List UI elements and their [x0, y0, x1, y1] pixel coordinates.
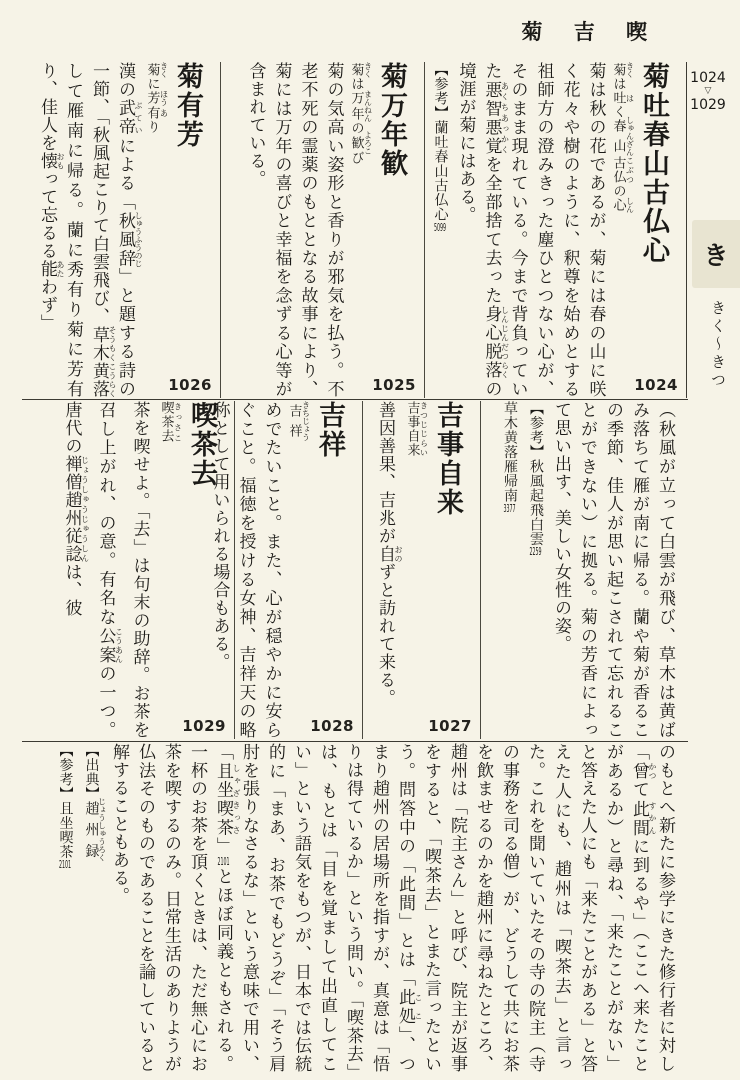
- headword-1027: 吉事自来: [428, 401, 468, 739]
- body-1024: 菊は秋の花であるが、菊には春の山に咲く花々や樹のように、釈尊を始めとする祖師方の…: [453, 62, 609, 398]
- entry-number-1026: 1026: [168, 376, 212, 394]
- band-top: 菊吐春山古仏心 菊きくは吐はく春山しゅんざん古仏こぶつの心しん 菊は秋の花である…: [22, 62, 687, 398]
- reference-1029: 【参考】且坐喫茶2101: [52, 743, 78, 1073]
- reading-1025: 菊きくは万年まんねんの歓よろこび: [347, 62, 373, 398]
- body-1026-continued: （秋風が立って白雲が飛び、草木は黄ばみ落ちて雁が南に帰る。蘭や菊が香るこの季節、…: [548, 401, 678, 739]
- index-tab-ki: き: [692, 220, 740, 288]
- reading-1026: 菊きくに芳ほう有あり: [143, 62, 169, 398]
- entry-1026-continued: （秋風が立って白雲が飛び、草木は黄ばみ落ちて雁が南に帰る。蘭や菊が香るこの季節、…: [480, 401, 690, 739]
- reading-1024: 菊きくは吐はく春山しゅんざん古仏こぶつの心しん: [609, 62, 635, 398]
- entry-number-1028: 1028: [310, 717, 354, 735]
- body-1025: 菊の気高い姿形と香りが邪気を払う。不老不死の霊薬のもととなる故事により、菊には万…: [243, 62, 347, 398]
- entry-1027: 吉事自来 吉事きつじ自来じらい 善因善果、吉兆が自おのずと訪れて来る。 1027: [362, 401, 480, 739]
- reference-1024: 【参考】蘭吐春山古仏心5099: [427, 62, 453, 398]
- running-head: 菊 吉 喫: [522, 16, 661, 46]
- index-tab-label: き: [703, 236, 728, 272]
- body-1029: 茶を喫せよ。「去」は句末の助辞。お茶を召し上がれ、の意。有名な公案こうあんの一つ…: [55, 401, 157, 739]
- dictionary-page: 菊 吉 喫 1024 ▽ 1029 き きく～きつ 菊吐春山古仏心 菊きくは吐は…: [0, 0, 740, 1080]
- body-1027: 善因善果、吉兆が自おのずと訪れて来る。: [372, 401, 403, 739]
- headword-1025: 菊万年歓: [372, 62, 412, 398]
- reference-1026-b: 草木黄落雁帰南3377: [496, 401, 522, 739]
- entry-number-1029: 1029: [182, 717, 226, 735]
- reference-1026-a: 【参考】秋風起飛白雲2259: [522, 401, 548, 739]
- reading-1028: 吉祥きちじょう: [285, 401, 311, 739]
- body-1026: 漢の武帝ぶていによる「秋風辞しゅうふうのじ」と題する詩の一節、「秋風起こりて白雲…: [34, 62, 143, 398]
- section-divider: [22, 741, 688, 742]
- headword-1024: 菊吐春山古仏心: [634, 62, 674, 398]
- reading-1027: 吉事きつじ自来じらい: [403, 401, 429, 739]
- body-1029-continued: のもとへ新たに参学にきた修行者に対し「曾かつて此間すかんに到るや」（ここへ来たこ…: [106, 743, 678, 1073]
- headword-1029: 喫茶去: [182, 401, 222, 739]
- entry-1029-continued: のもとへ新たに参学にきた修行者に対し「曾かつて此間すかんに到るや」（ここへ来たこ…: [22, 743, 690, 1073]
- section-divider: [22, 399, 688, 400]
- headword-1028: 吉祥: [310, 401, 350, 739]
- entry-number-1024: 1024: [634, 376, 678, 394]
- entry-number-1025: 1025: [372, 376, 416, 394]
- page-range-to: 1029: [690, 97, 726, 113]
- entry-1028: 吉祥 吉祥きちじょう めでたいこと。また、心が穏やかに安らぐこと。福徳を授ける女…: [234, 401, 362, 739]
- entry-1026: 菊有芳 菊きくに芳ほう有あり 漢の武帝ぶていによる「秋風辞しゅうふうのじ」と題す…: [22, 62, 220, 398]
- entry-1025: 菊万年歓 菊きくは万年まんねんの歓よろこび 菊の気高い姿形と香りが邪気を払う。不…: [220, 62, 424, 398]
- triangle-down-icon: ▽: [686, 86, 730, 97]
- band-bottom: のもとへ新たに参学にきた修行者に対し「曾かつて此間すかんに到るや」（ここへ来たこ…: [22, 743, 690, 1073]
- headword-1026: 菊有芳: [168, 62, 208, 398]
- band-middle: （秋風が立って白雲が飛び、草木は黄ばみ落ちて雁が南に帰る。蘭や菊が香るこの季節、…: [22, 401, 690, 739]
- page-range-from: 1024: [690, 70, 726, 86]
- entry-1029: 喫茶去 喫茶去きっさこ 茶を喫せよ。「去」は句末の助辞。お茶を召し上がれ、の意。…: [22, 401, 234, 739]
- page-range: 1024 ▽ 1029: [686, 70, 730, 113]
- source-1029: 【出典】趙州録じょうしゅうろく: [78, 743, 107, 1073]
- entry-number-1027: 1027: [428, 717, 472, 735]
- index-range: きく～きつ: [707, 300, 728, 390]
- reading-1029: 喫茶去きっさこ: [157, 401, 183, 739]
- entry-1024: 菊吐春山古仏心 菊きくは吐はく春山しゅんざん古仏こぶつの心しん 菊は秋の花である…: [424, 62, 686, 398]
